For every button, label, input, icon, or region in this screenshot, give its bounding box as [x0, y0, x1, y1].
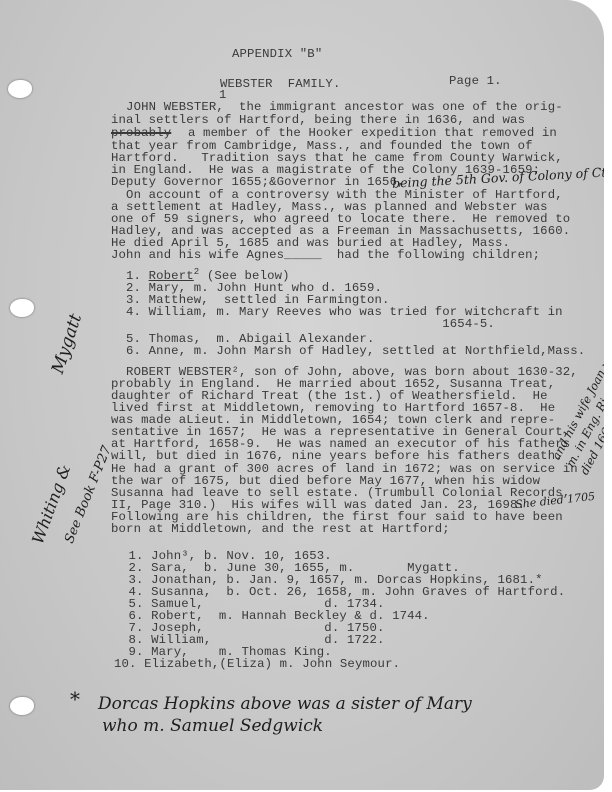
struck-word: probably — [111, 127, 171, 140]
john-line: a member of the Hooker expedition that r… — [188, 127, 557, 140]
handwritten-left-margin-see-book: See Book F-P27 — [62, 444, 115, 546]
child-list-1-item: 1654-5. — [126, 318, 495, 331]
robert-line: will, but died in 1676, nine years befor… — [111, 450, 563, 463]
page-number: Page 1. — [449, 75, 502, 88]
robert-line: born at Middletown, and the rest at Hart… — [111, 523, 450, 536]
punch-hole — [10, 299, 34, 317]
child-list-2-item: 10. Elizabeth,(Eliza) m. John Seymour. — [114, 658, 400, 671]
john-line: John and his wife Agnes_____ had the fol… — [111, 249, 540, 262]
handwritten-left-margin-mygatt: Mygatt — [48, 311, 86, 376]
handwritten-footnote-line: who m. Samuel Sedgwick — [102, 716, 323, 736]
john-line: inal settlers of Hartford, being there i… — [111, 114, 525, 127]
john-line: Deputy Governor 1655;&Governor in 1656, — [111, 176, 405, 189]
handwritten-right-margin-note: and his wife Joan whom he m. in Eng. Ric… — [548, 305, 604, 478]
punch-hole — [8, 80, 32, 98]
punch-hole — [10, 697, 34, 715]
page-title: WEBSTER FAMILY. — [220, 78, 340, 91]
child-list-1-item: 6. Anne, m. John Marsh of Hadley, settle… — [126, 345, 585, 358]
john-line: JOHN WEBSTER, the immigrant ancestor was… — [111, 101, 563, 114]
appendix-heading: APPENDIX "B" — [232, 48, 322, 61]
footnote-asterisk: * — [70, 687, 80, 711]
handwritten-footnote-line: Dorcas Hopkins above was a sister of Mar… — [98, 694, 472, 714]
document-page: APPENDIX "B" WEBSTER FAMILY. 1 Page 1. J… — [0, 0, 604, 790]
